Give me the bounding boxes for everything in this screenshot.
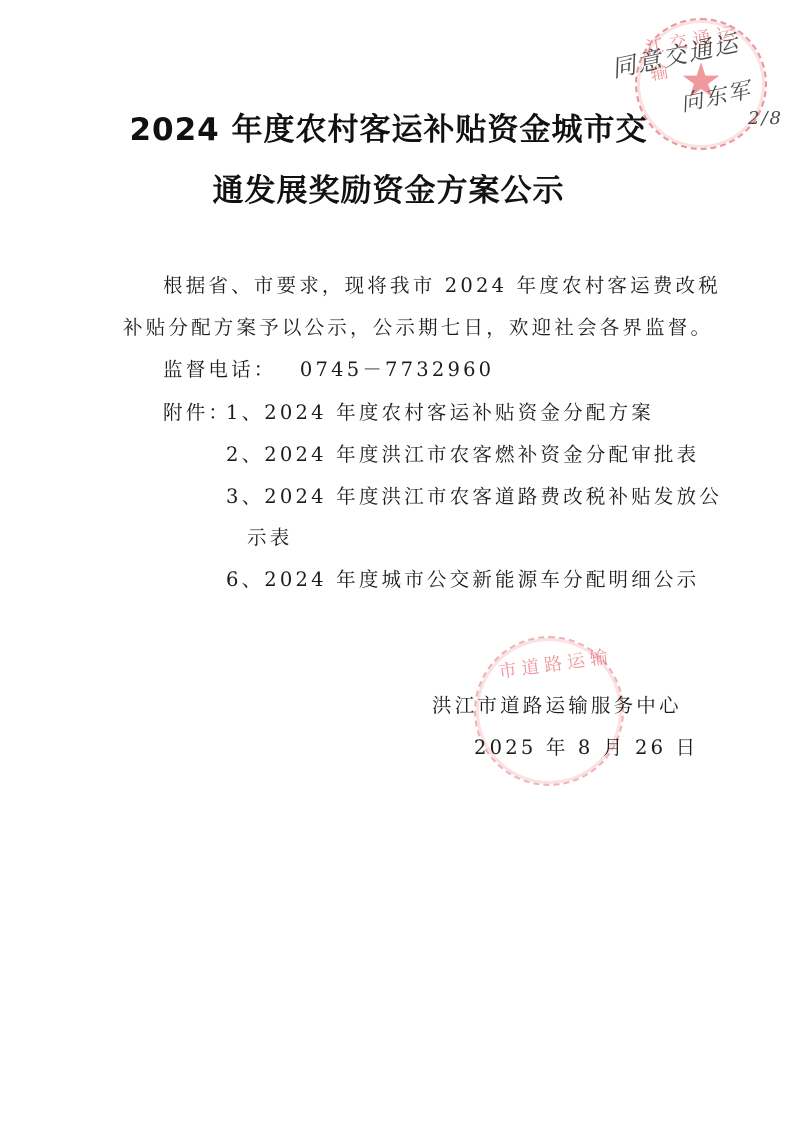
attachments-label: 附件： <box>163 397 231 425</box>
attachment-item-2: 2、2024 年度洪江市农客燃补资金分配审批表 <box>226 439 699 467</box>
body-paragraph-line1: 根据省、市要求，现将我市 2024 年度农村客运费改税 <box>163 270 721 298</box>
seal-ring-text: 市道路运输 <box>497 642 614 684</box>
attachment-item-3-continuation: 示表 <box>247 522 292 550</box>
attachment-item-6: 6、2024 年度城市公交新能源车分配明细公示 <box>226 564 699 592</box>
issuing-organization: 洪江市道路运输服务中心 <box>432 690 682 718</box>
issue-date: 2025 年 8 月 26 日 <box>474 732 698 760</box>
attachment-item-3: 3、2024 年度洪江市农客道路费改税补贴发放公 <box>226 481 722 509</box>
document-title-line2: 通发展奖励资金方案公示 <box>0 165 785 210</box>
phone-label: 监督电话： <box>163 358 277 381</box>
document-title-line1: 2024 年度农村客运补贴资金城市交 <box>0 104 785 149</box>
supervision-phone: 监督电话： 0745－7732960 <box>163 354 494 382</box>
body-paragraph-line2: 补贴分配方案予以公示，公示期七日，欢迎社会各界监督。 <box>123 312 713 340</box>
phone-number: 0745－7732960 <box>300 358 494 381</box>
attachment-item-1: 1、2024 年度农村客运补贴资金分配方案 <box>226 397 654 425</box>
